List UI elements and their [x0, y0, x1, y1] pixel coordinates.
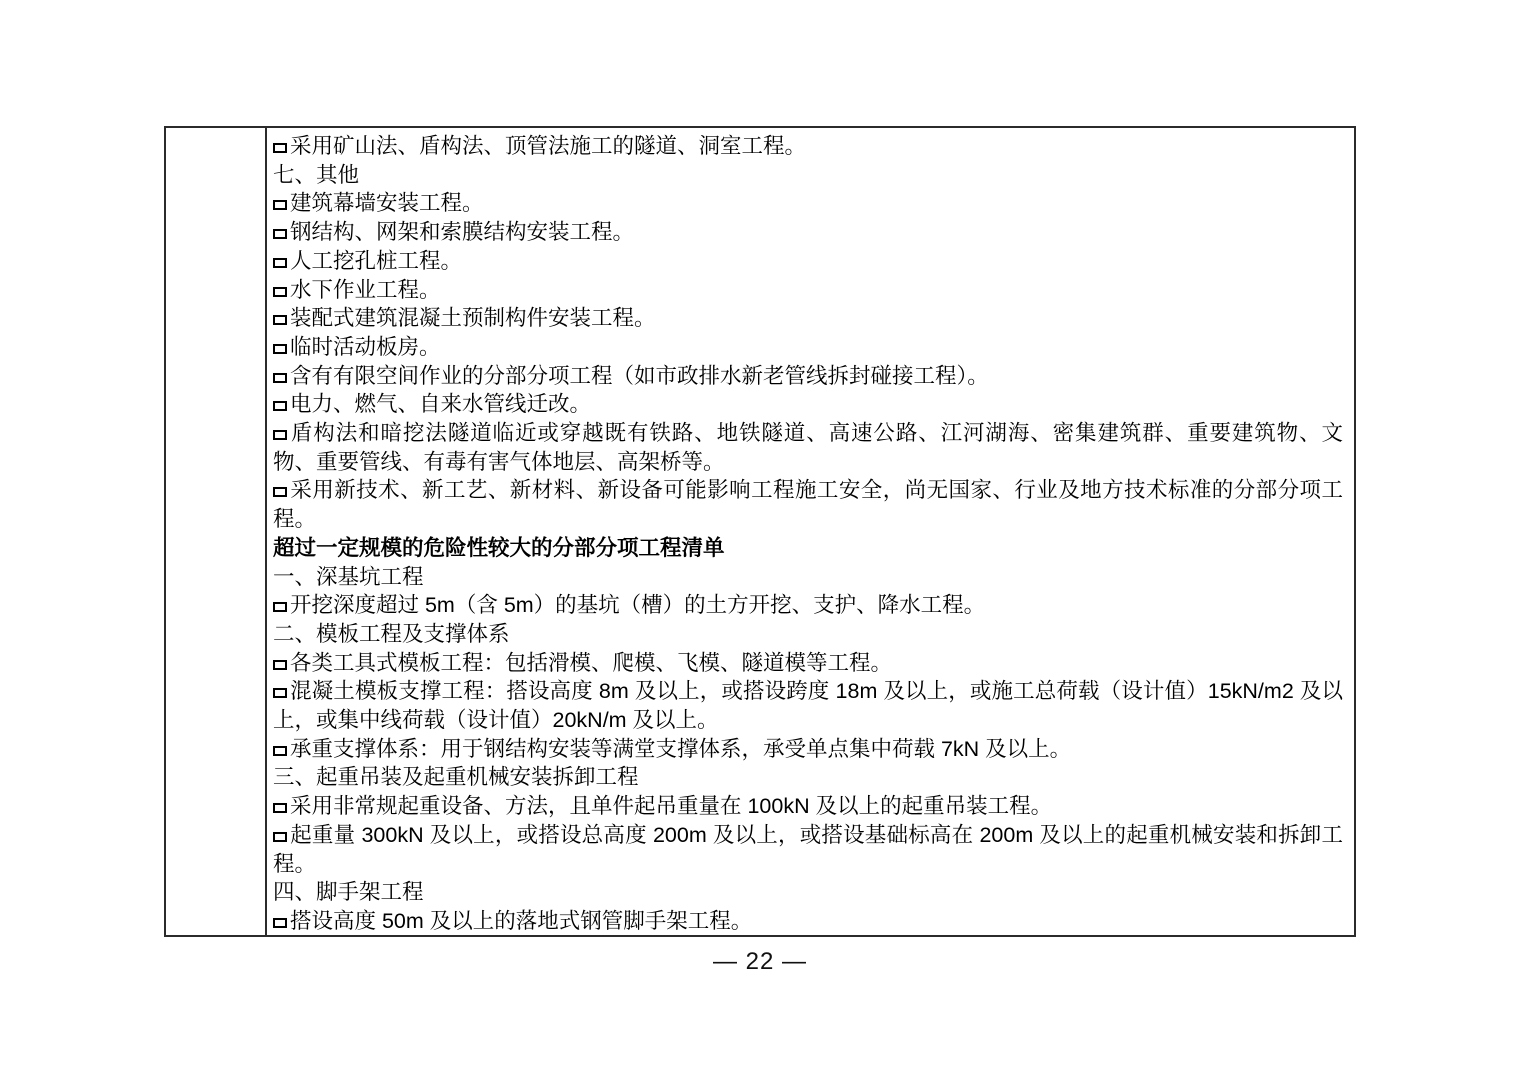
checklist-item: 采用非常规起重设备、方法，且单件起吊重量在 100kN 及以上的起重吊装工程。	[273, 792, 1343, 821]
row-text: 二、模板工程及支撑体系	[273, 622, 510, 646]
row-text: 一、深基坑工程	[273, 565, 424, 589]
checklist-item: 人工挖孔桩工程。	[273, 247, 1343, 276]
checklist-item: 含有有限空间作业的分部分项工程（如市政排水新老管线拆封碰接工程）。	[273, 362, 1343, 391]
checkbox-icon[interactable]	[273, 746, 287, 756]
section-heading: 四、脚手架工程	[273, 878, 1343, 907]
checklist-item: 水下作业工程。	[273, 276, 1343, 305]
checklist-item: 起重量 300kN 及以上，或搭设总高度 200m 及以上，或搭设基础标高在 2…	[273, 821, 1343, 878]
row-text: 混凝土模板支撑工程：搭设高度 8m 及以上，或搭设跨度 18m 及以上，或施工总…	[273, 679, 1343, 732]
section-heading: 一、深基坑工程	[273, 563, 1343, 592]
checkbox-icon[interactable]	[273, 430, 287, 440]
row-text: 人工挖孔桩工程。	[290, 249, 462, 273]
checklist-item: 承重支撑体系：用于钢结构安装等满堂支撑体系，承受单点集中荷载 7kN 及以上。	[273, 735, 1343, 764]
checklist-item: 搭设高度 50m 及以上的落地式钢管脚手架工程。	[273, 907, 1343, 935]
checklist-item: 采用矿山法、盾构法、顶管法施工的隧道、洞室工程。	[273, 132, 1343, 161]
checkbox-icon[interactable]	[273, 315, 287, 325]
checklist-item: 临时活动板房。	[273, 333, 1343, 362]
checkbox-icon[interactable]	[273, 229, 287, 239]
row-text: 起重量 300kN 及以上，或搭设总高度 200m 及以上，或搭设基础标高在 2…	[273, 823, 1343, 876]
checkbox-icon[interactable]	[273, 287, 287, 297]
table-left-column	[166, 128, 267, 935]
checklist-item: 开挖深度超过 5m（含 5m）的基坑（槽）的土方开挖、支护、降水工程。	[273, 591, 1343, 620]
row-text: 电力、燃气、自来水管线迁改。	[290, 392, 591, 416]
checkbox-icon[interactable]	[273, 688, 287, 698]
row-text: 承重支撑体系：用于钢结构安装等满堂支撑体系，承受单点集中荷载 7kN 及以上。	[290, 737, 1071, 761]
checklist-item: 各类工具式模板工程：包括滑模、爬模、飞模、隧道模等工程。	[273, 649, 1343, 678]
checkbox-icon[interactable]	[273, 258, 287, 268]
checklist-item: 钢结构、网架和索膜结构安装工程。	[273, 218, 1343, 247]
row-text: 超过一定规模的危险性较大的分部分项工程清单	[273, 536, 725, 560]
row-text: 采用非常规起重设备、方法，且单件起吊重量在 100kN 及以上的起重吊装工程。	[290, 794, 1052, 818]
checkbox-icon[interactable]	[273, 660, 287, 670]
checklist-item: 盾构法和暗挖法隧道临近或穿越既有铁路、地铁隧道、高速公路、江河湖海、密集建筑群、…	[273, 419, 1343, 476]
checklist-item: 混凝土模板支撑工程：搭设高度 8m 及以上，或搭设跨度 18m 及以上，或施工总…	[273, 677, 1343, 734]
row-text: 开挖深度超过 5m（含 5m）的基坑（槽）的土方开挖、支护、降水工程。	[290, 593, 985, 617]
row-text: 四、脚手架工程	[273, 880, 424, 904]
section-heading: 二、模板工程及支撑体系	[273, 620, 1343, 649]
row-text: 七、其他	[273, 163, 359, 187]
row-text: 装配式建筑混凝土预制构件安装工程。	[290, 306, 656, 330]
checkbox-icon[interactable]	[273, 487, 287, 497]
checkbox-icon[interactable]	[273, 803, 287, 813]
section-heading: 三、起重吊装及起重机械安装拆卸工程	[273, 763, 1343, 792]
row-text: 搭设高度 50m 及以上的落地式钢管脚手架工程。	[290, 909, 752, 933]
row-text: 盾构法和暗挖法隧道临近或穿越既有铁路、地铁隧道、高速公路、江河湖海、密集建筑群、…	[273, 421, 1343, 474]
section-heading: 超过一定规模的危险性较大的分部分项工程清单	[273, 534, 1343, 563]
row-text: 三、起重吊装及起重机械安装拆卸工程	[273, 765, 639, 789]
row-text: 采用矿山法、盾构法、顶管法施工的隧道、洞室工程。	[290, 134, 806, 158]
page-number: — 22 —	[0, 948, 1520, 976]
row-text: 临时活动板房。	[290, 335, 441, 359]
checklist-item: 装配式建筑混凝土预制构件安装工程。	[273, 304, 1343, 333]
row-text: 建筑幕墙安装工程。	[290, 191, 484, 215]
row-text: 水下作业工程。	[290, 278, 441, 302]
checkbox-icon[interactable]	[273, 832, 287, 842]
row-text: 含有有限空间作业的分部分项工程（如市政排水新老管线拆封碰接工程）。	[290, 364, 989, 388]
row-text: 采用新技术、新工艺、新材料、新设备可能影响工程施工安全，尚无国家、行业及地方技术…	[273, 478, 1343, 531]
checkbox-icon[interactable]	[273, 602, 287, 612]
checklist-table: 采用矿山法、盾构法、顶管法施工的隧道、洞室工程。七、其他建筑幕墙安装工程。钢结构…	[164, 126, 1356, 937]
section-heading: 七、其他	[273, 161, 1343, 190]
row-text: 钢结构、网架和索膜结构安装工程。	[290, 220, 634, 244]
row-text: 各类工具式模板工程：包括滑模、爬模、飞模、隧道模等工程。	[290, 651, 892, 675]
checkbox-icon[interactable]	[273, 200, 287, 210]
checkbox-icon[interactable]	[273, 918, 287, 928]
checkbox-icon[interactable]	[273, 401, 287, 411]
table-content-column: 采用矿山法、盾构法、顶管法施工的隧道、洞室工程。七、其他建筑幕墙安装工程。钢结构…	[267, 128, 1354, 935]
checkbox-icon[interactable]	[273, 143, 287, 153]
checklist-item: 建筑幕墙安装工程。	[273, 189, 1343, 218]
checkbox-icon[interactable]	[273, 344, 287, 354]
checkbox-icon[interactable]	[273, 373, 287, 383]
checklist-item: 电力、燃气、自来水管线迁改。	[273, 390, 1343, 419]
checklist-item: 采用新技术、新工艺、新材料、新设备可能影响工程施工安全，尚无国家、行业及地方技术…	[273, 476, 1343, 533]
document-page: 采用矿山法、盾构法、顶管法施工的隧道、洞室工程。七、其他建筑幕墙安装工程。钢结构…	[0, 0, 1520, 1074]
